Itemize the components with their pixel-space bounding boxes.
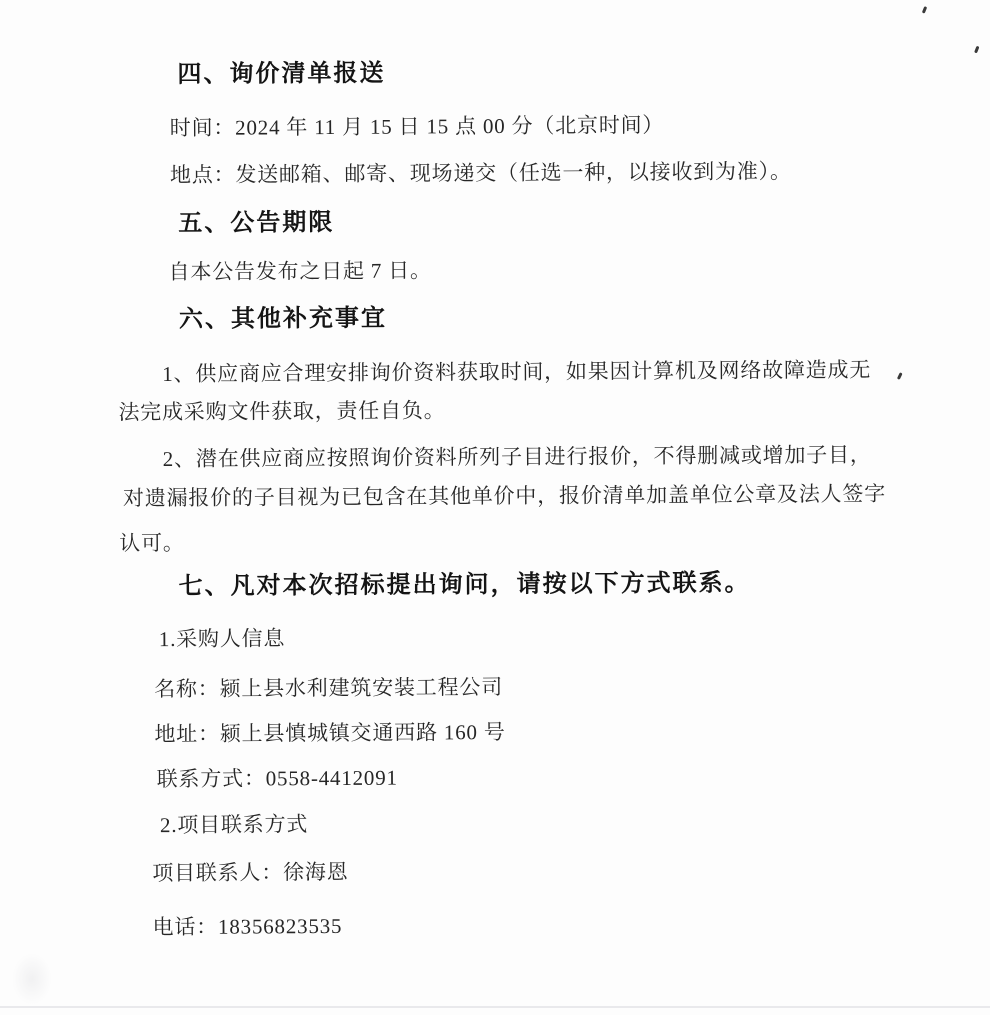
purchaser-address-line: 地址：颍上县慎城镇交通西路 160 号 [154,719,505,748]
supplement-para1-line1: 1、供应商应合理安排询价资料获取时间，如果因计算机及网络故障造成无 [162,357,871,388]
project-contact-label: 2.项目联系方式 [160,811,308,839]
supplement-para2-line1: 2、潜在供应商应按照询价资料所列子目进行报价，不得删减或增加子目， [163,442,872,473]
section-6-heading: 六、其他补充事宜 [179,304,387,335]
project-contact-person-line: 项目联系人：徐海恩 [152,859,348,887]
purchaser-name-line: 名称：颍上县水利建筑安装工程公司 [154,674,503,703]
announcement-period-line: 自本公告发布之日起 7 日。 [169,257,432,286]
supplement-para2-line2: 对遗漏报价的子目视为已包含在其他单价中，报价清单加盖单位公章及法人签字 [123,481,886,513]
scan-speckle-1 [922,6,927,14]
section-4-heading: 四、询价清单报送 [177,59,385,90]
purchaser-contact-line: 联系方式：0558-4412091 [157,765,398,793]
supplement-para1-line2: 法完成采购文件获取，责任自负。 [118,397,445,426]
submission-place-line: 地点：发送邮箱、邮寄、现场递交（任选一种，以接收到为准）。 [170,158,792,189]
scan-speckle-2 [974,46,979,54]
project-phone-line: 电话：18356823535 [153,913,343,941]
scan-smudge [12,953,52,1005]
supplement-para2-line3: 认可。 [119,530,185,557]
section-7-heading: 七、凡对本次招标提出询问，请按以下方式联系。 [178,568,750,601]
scanned-document-page: 四、询价清单报送 时间：2024 年 11 月 15 日 15 点 00 分（北… [0,0,990,1015]
scan-speckle-3 [897,372,903,380]
document-content: 四、询价清单报送 时间：2024 年 11 月 15 日 15 点 00 分（北… [0,0,990,1015]
section-5-heading: 五、公告期限 [178,208,334,239]
submission-time-line: 时间：2024 年 11 月 15 日 15 点 00 分（北京时间） [170,112,665,142]
purchaser-info-label: 1.采购人信息 [159,625,286,653]
page-bottom-rule [0,1006,990,1008]
